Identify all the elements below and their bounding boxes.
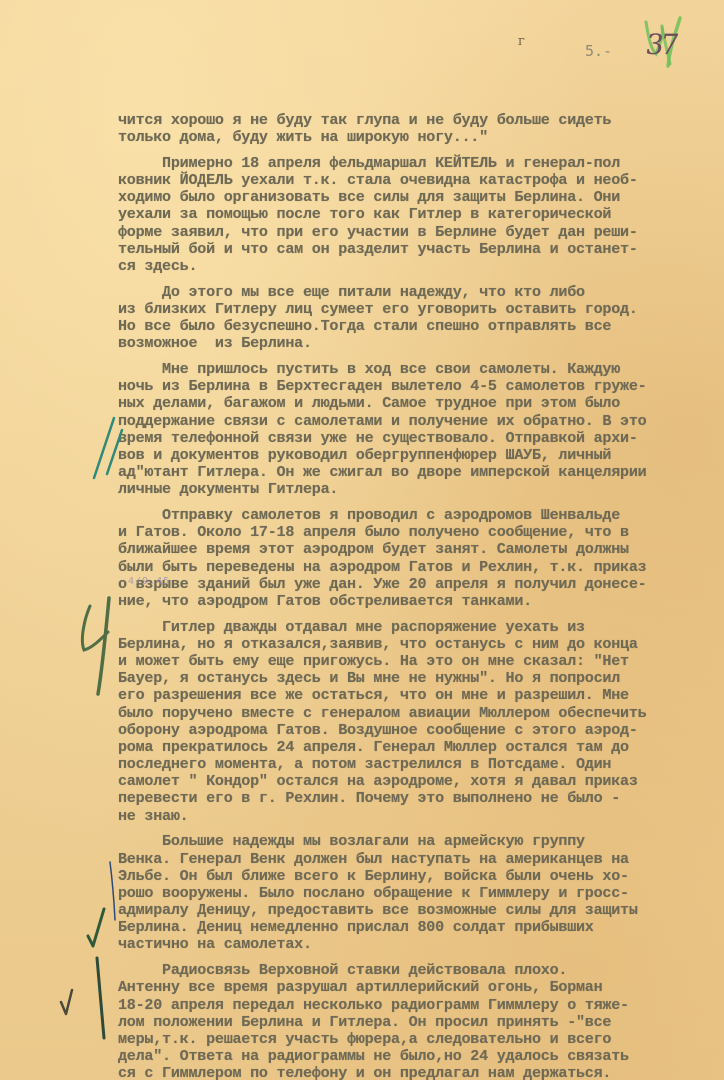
margin-annotations [0,0,724,1080]
small-checkmark-mark-icon [61,990,72,1014]
double-slash-mark-icon [94,418,122,478]
vertical-line-mark-icon [110,862,115,920]
checkmark-mark-icon [88,909,104,946]
vertical-bar-mark-icon [97,958,104,1038]
handwritten-4-mark-icon [82,598,109,694]
archival-document-page: г 5.- 37 чится хорошо я не буду так глуп… [0,0,724,1080]
